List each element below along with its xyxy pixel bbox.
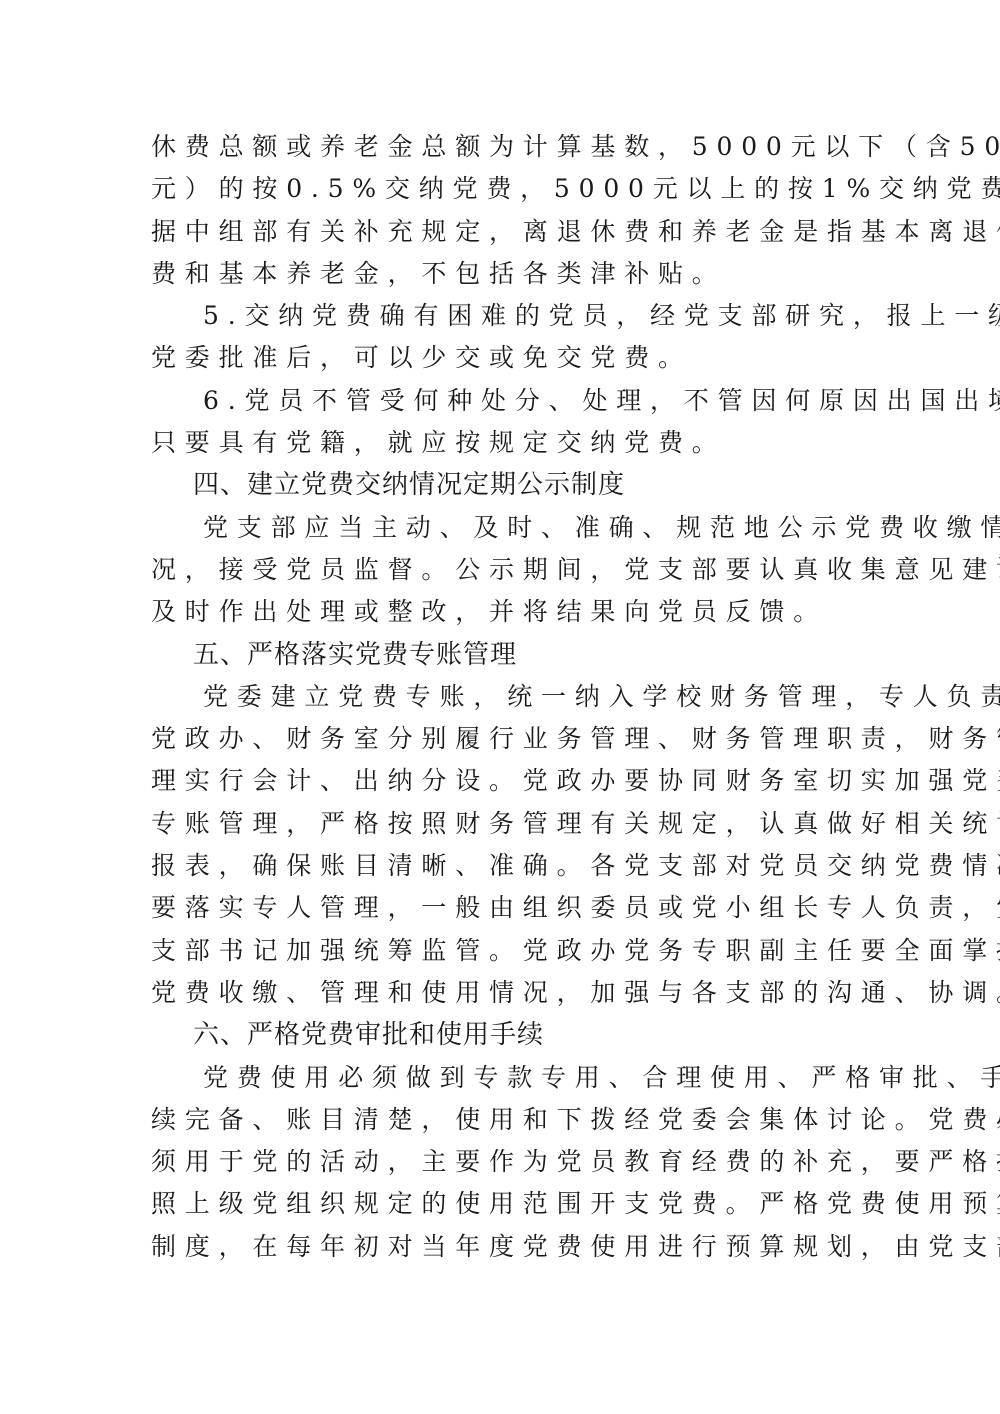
paragraph-item-6: 6.党员不管受何种处分、处理，不管因何原因出国出境， [151, 380, 851, 422]
body-line: 休费总额或养老金总额为计算基数，5000元以下（含5000 [151, 126, 851, 168]
body-line: 党费收缴、管理和使用情况，加强与各支部的沟通、协调。 [151, 972, 851, 1014]
body-line: 专账管理，严格按照财务管理有关规定，认真做好相关统计 [151, 803, 851, 845]
body-line: 党政办、财务室分别履行业务管理、财务管理职责，财务管 [151, 718, 851, 760]
body-line: 支部书记加强统筹监管。党政办党务专职副主任要全面掌握 [151, 930, 851, 972]
section-heading-6: 六、严格党费审批和使用手续 [151, 1014, 851, 1056]
body-line: 元）的按0.5%交纳党费，5000元以上的按1%交纳党费。根 [151, 168, 851, 210]
document-page: 休费总额或养老金总额为计算基数，5000元以下（含5000 元）的按0.5%交纳… [151, 126, 851, 1268]
body-line: 费和基本养老金，不包括各类津补贴。 [151, 253, 851, 295]
body-line: 续完备、账目清楚，使用和下拨经党委会集体讨论。党费必 [151, 1099, 851, 1141]
body-line: 须用于党的活动，主要作为党员教育经费的补充，要严格按 [151, 1141, 851, 1183]
body-line: 理实行会计、出纳分设。党政办要协同财务室切实加强党费 [151, 760, 851, 802]
body-line: 报表，确保账目清晰、准确。各党支部对党员交纳党费情况， [151, 845, 851, 887]
paragraph-item-5: 5.交纳党费确有困难的党员，经党支部研究，报上一级 [151, 295, 851, 337]
paragraph-start: 党费使用必须做到专款专用、合理使用、严格审批、手 [151, 1057, 851, 1099]
body-line: 要落实专人管理，一般由组织委员或党小组长专人负责，党 [151, 887, 851, 929]
body-line: 据中组部有关补充规定，离退休费和养老金是指基本离退休 [151, 211, 851, 253]
body-line: 制度，在每年初对当年度党费使用进行预算规划，由党支部 [151, 1226, 851, 1268]
section-heading-4: 四、建立党费交纳情况定期公示制度 [151, 464, 851, 506]
body-line: 照上级党组织规定的使用范围开支党费。严格党费使用预算 [151, 1183, 851, 1225]
paragraph-start: 党支部应当主动、及时、准确、规范地公示党费收缴情 [151, 507, 851, 549]
section-heading-5: 五、严格落实党费专账管理 [151, 634, 851, 676]
body-line: 况，接受党员监督。公示期间，党支部要认真收集意见建议， [151, 549, 851, 591]
paragraph-start: 党委建立党费专账，统一纳入学校财务管理，专人负责， [151, 676, 851, 718]
body-line: 及时作出处理或整改，并将结果向党员反馈。 [151, 591, 851, 633]
body-line: 党委批准后，可以少交或免交党费。 [151, 337, 851, 379]
body-line: 只要具有党籍，就应按规定交纳党费。 [151, 422, 851, 464]
